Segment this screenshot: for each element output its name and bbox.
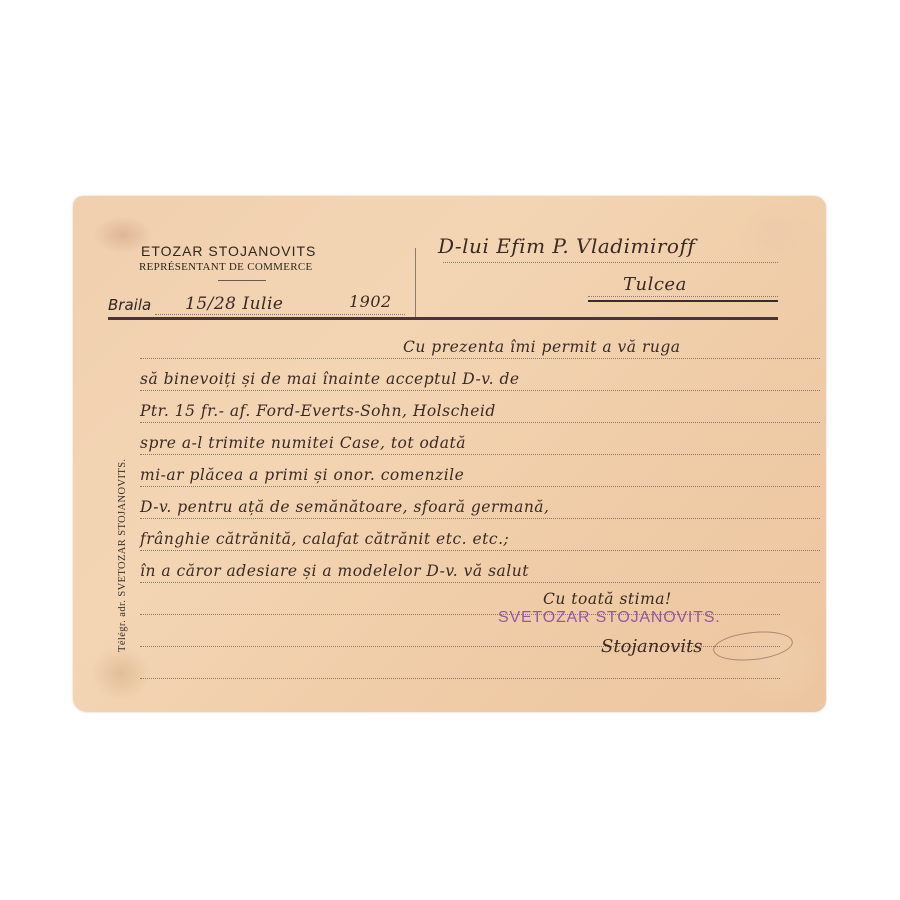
rule-5 xyxy=(140,486,820,487)
rule-7 xyxy=(140,550,820,551)
rule-3 xyxy=(140,422,820,423)
body-line-5: mi-ar plăcea a primi și onor. comenzile xyxy=(140,466,464,484)
signature: Stojanovits xyxy=(601,636,703,657)
body-line-2: să binevoiți și de mai înainte acceptul … xyxy=(140,370,520,388)
date-dotted-line xyxy=(155,314,405,315)
address-dotted-line-2 xyxy=(588,296,778,297)
letterhead-rule xyxy=(218,280,266,281)
address-dotted-line-1 xyxy=(443,262,778,263)
body-line-1: Cu prezenta îmi permit a vă ruga xyxy=(403,338,681,356)
telegraph-address: Télégr. adr. SVETOZAR STOJANOVITS. xyxy=(117,459,128,652)
year-handwritten: 1902 xyxy=(349,292,392,311)
rule-2 xyxy=(140,390,820,391)
letterhead-name: ETOZAR STOJANOVITS xyxy=(141,243,316,259)
stain-top-right xyxy=(738,200,818,270)
main-rule xyxy=(108,317,778,320)
body-line-3: Ptr. 15 fr.- af. Ford-Everts-Sohn, Holsc… xyxy=(140,402,496,420)
recipient-name: D-lui Efim P. Vladimiroff xyxy=(438,234,695,258)
body-line-6: D-v. pentru ață de semănătoare, sfoară g… xyxy=(140,498,549,516)
body-closing: Cu toată stima! xyxy=(543,590,672,608)
rule-11 xyxy=(140,678,780,679)
vertical-divider xyxy=(415,248,416,320)
address-underline xyxy=(588,300,778,302)
body-line-7: frânghie cătrănită, calafat cătrănit etc… xyxy=(140,530,509,548)
stain-bottom-left xyxy=(91,646,151,701)
date-handwritten: 15/28 Iulie xyxy=(185,294,284,314)
postcard: ETOZAR STOJANOVITS REPRÉSENTANT DE COMME… xyxy=(73,196,826,712)
place-label: Braila xyxy=(108,296,151,314)
body-line-4: spre a-l trimite numitei Case, tot odată xyxy=(140,434,466,452)
body-line-8: în a căror adesiare și a modelelor D-v. … xyxy=(140,562,529,580)
sender-stamp: SVETOZAR STOJANOVITS. xyxy=(498,609,720,627)
rule-1 xyxy=(140,358,820,359)
rule-4 xyxy=(140,454,820,455)
letterhead-subtitle: REPRÉSENTANT DE COMMERCE xyxy=(139,261,313,273)
recipient-city: Tulcea xyxy=(623,274,687,295)
stain-bottom-right xyxy=(733,616,823,706)
signature-flourish xyxy=(712,628,794,664)
rule-8 xyxy=(140,582,820,583)
rule-6 xyxy=(140,518,820,519)
